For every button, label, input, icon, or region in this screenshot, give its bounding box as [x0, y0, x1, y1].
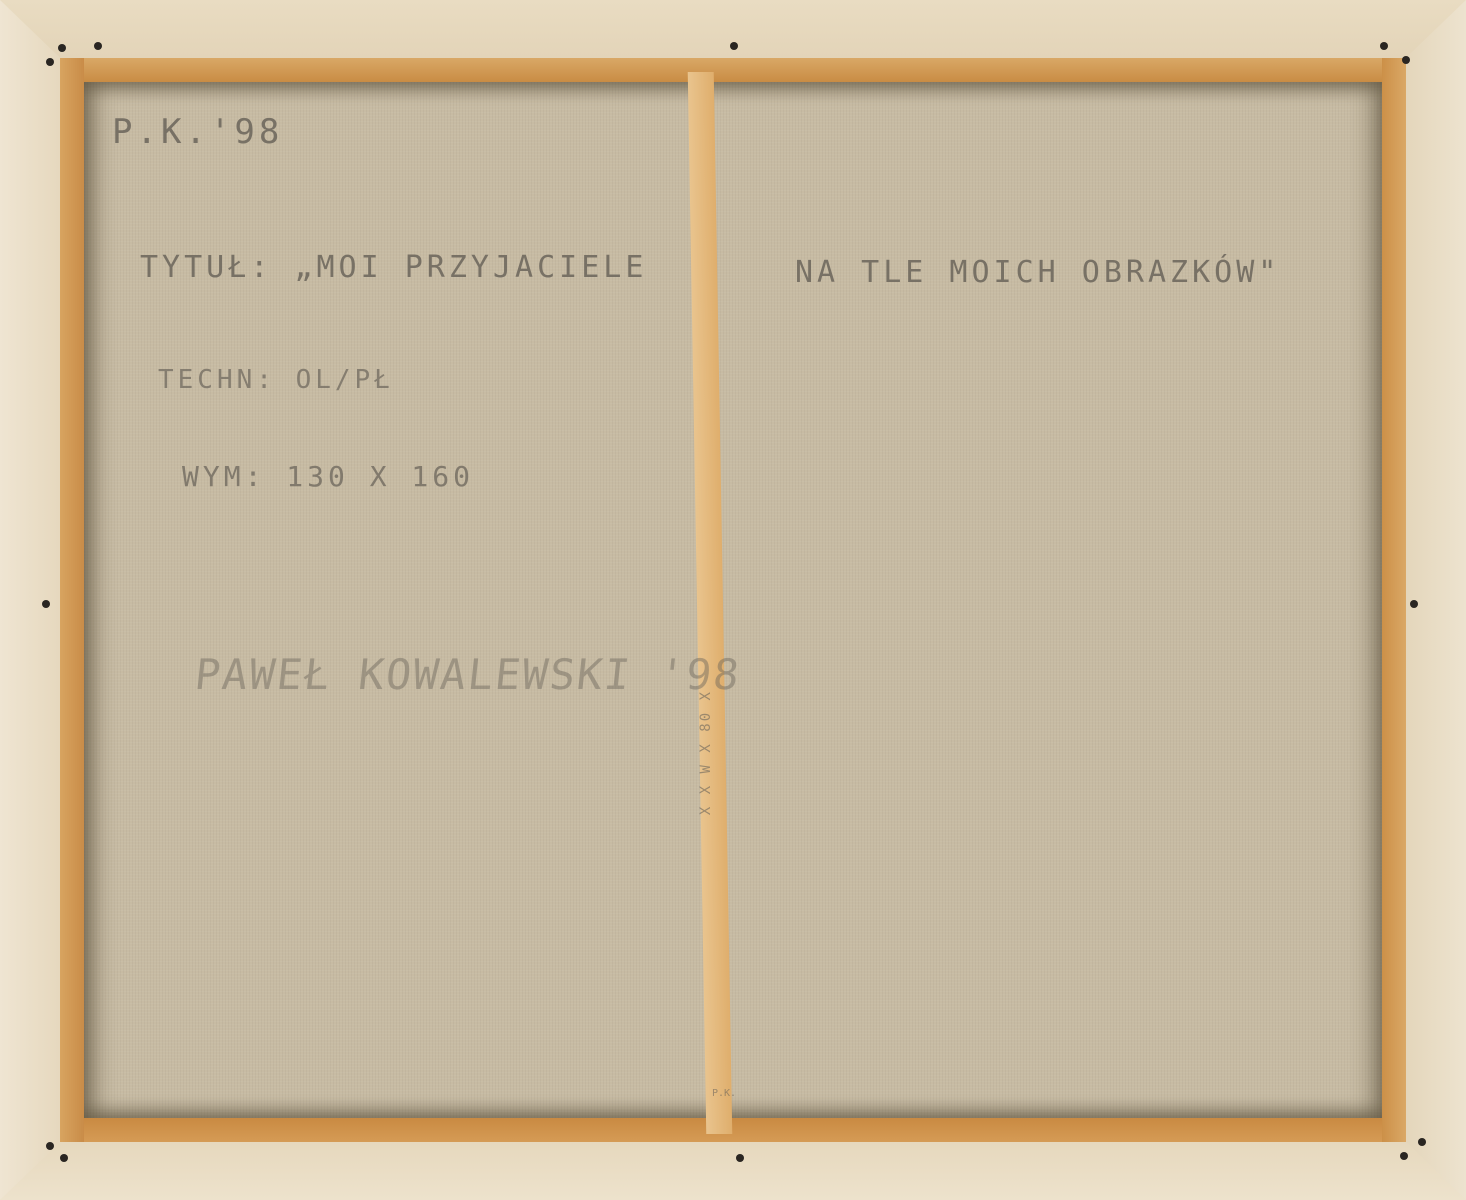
screw-icon: [1410, 600, 1418, 608]
technique-inscription: TECHN: OL/PŁ: [158, 365, 394, 395]
frame-bottom-rail: [0, 1142, 1466, 1200]
artist-initials: P.K.'98: [112, 112, 283, 152]
screw-icon: [1380, 42, 1388, 50]
crossbar-inscription: X X W X 80 X: [698, 690, 714, 815]
stretcher-bar-left: [60, 58, 84, 1142]
screw-icon: [1402, 56, 1410, 64]
screw-icon: [1400, 1152, 1408, 1160]
title-inscription-continued: NA TLE MOICH OBRAZKÓW": [795, 255, 1280, 290]
canvas-back-linen: [84, 82, 1382, 1118]
title-inscription: TYTUŁ: „MOI PRZYJACIELE: [140, 250, 647, 285]
dimensions-inscription: WYM: 130 X 160: [182, 460, 474, 493]
stretcher-bar-bottom: [60, 1118, 1406, 1142]
screw-icon: [60, 1154, 68, 1162]
stretcher-bar-top: [60, 58, 1406, 82]
artist-signature: PAWEŁ KOWALEWSKI '98: [192, 650, 743, 699]
crossbar-initials: P.K.: [712, 1088, 736, 1099]
screw-icon: [1418, 1138, 1426, 1146]
screw-icon: [94, 42, 102, 50]
screw-icon: [46, 1142, 54, 1150]
screw-icon: [736, 1154, 744, 1162]
screw-icon: [42, 600, 50, 608]
stretcher-bar-right: [1382, 58, 1406, 1142]
screw-icon: [46, 58, 54, 66]
screw-icon: [58, 44, 66, 52]
frame-left-rail: [0, 0, 60, 1200]
screw-icon: [730, 42, 738, 50]
